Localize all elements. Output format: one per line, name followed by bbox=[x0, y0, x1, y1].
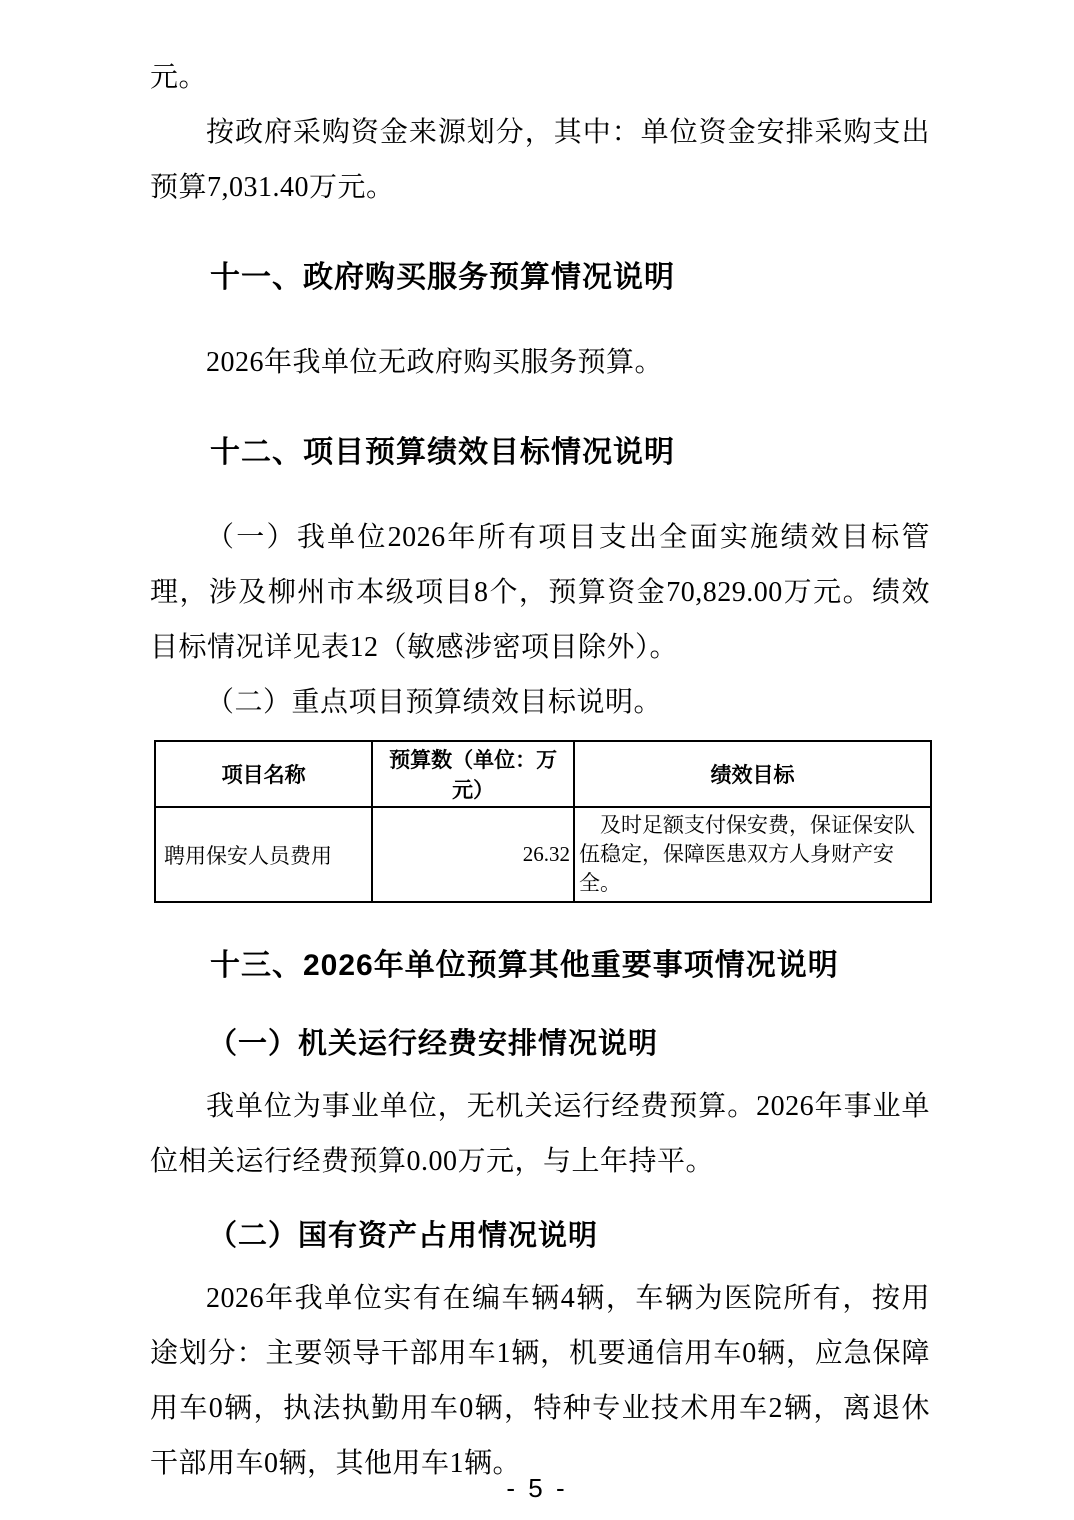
table-header-project-name: 项目名称 bbox=[155, 741, 372, 807]
para-no-gov-purchase: 2026年我单位无政府购买服务预算。 bbox=[150, 335, 930, 390]
para-performance-overview: （一）我单位2026年所有项目支出全面实施绩效目标管理，涉及柳州市本级项目8个，… bbox=[150, 510, 930, 675]
heading-section-11: 十一、政府购买服务预算情况说明 bbox=[150, 257, 930, 299]
heading-section-12: 十二、项目预算绩效目标情况说明 bbox=[150, 432, 930, 474]
table-header-budget-amount: 预算数（单位：万元） bbox=[372, 741, 574, 807]
para-carryover: 元。 bbox=[150, 50, 930, 105]
para-operating-cost: 我单位为事业单位，无机关运行经费预算。2026年事业单位相关运行经费预算0.00… bbox=[150, 1079, 930, 1189]
document-content: 元。 按政府采购资金来源划分，其中：单位资金安排采购支出预算7,031.40万元… bbox=[0, 0, 1074, 1491]
table-header-performance-target: 绩效目标 bbox=[574, 741, 931, 807]
subheading-state-assets: （二）国有资产占用情况说明 bbox=[150, 1215, 930, 1257]
performance-target-table: 项目名称 预算数（单位：万元） 绩效目标 聘用保安人员费用 26.32 及时足额… bbox=[154, 740, 932, 903]
document-page: 元。 按政府采购资金来源划分，其中：单位资金安排采购支出预算7,031.40万元… bbox=[0, 0, 1074, 1520]
footer-page-number: - 5 - bbox=[0, 1473, 1074, 1504]
para-vehicles: 2026年我单位实有在编车辆4辆，车辆为医院所有，按用途划分：主要领导干部用车1… bbox=[150, 1271, 930, 1491]
cell-budget-amount: 26.32 bbox=[372, 807, 574, 902]
table-row: 聘用保安人员费用 26.32 及时足额支付保安费，保证保安队伍稳定，保障医患双方… bbox=[155, 807, 931, 902]
cell-project-name: 聘用保安人员费用 bbox=[155, 807, 372, 902]
cell-performance-target: 及时足额支付保安费，保证保安队伍稳定，保障医患双方人身财产安全。 bbox=[574, 807, 931, 902]
para-funding-source: 按政府采购资金来源划分，其中：单位资金安排采购支出预算7,031.40万元。 bbox=[150, 105, 930, 215]
table-header-row: 项目名称 预算数（单位：万元） 绩效目标 bbox=[155, 741, 931, 807]
subheading-operating-cost: （一）机关运行经费安排情况说明 bbox=[150, 1023, 930, 1065]
para-key-projects: （二）重点项目预算绩效目标说明。 bbox=[150, 675, 930, 730]
heading-section-13: 十三、2026年单位预算其他重要事项情况说明 bbox=[150, 945, 930, 987]
